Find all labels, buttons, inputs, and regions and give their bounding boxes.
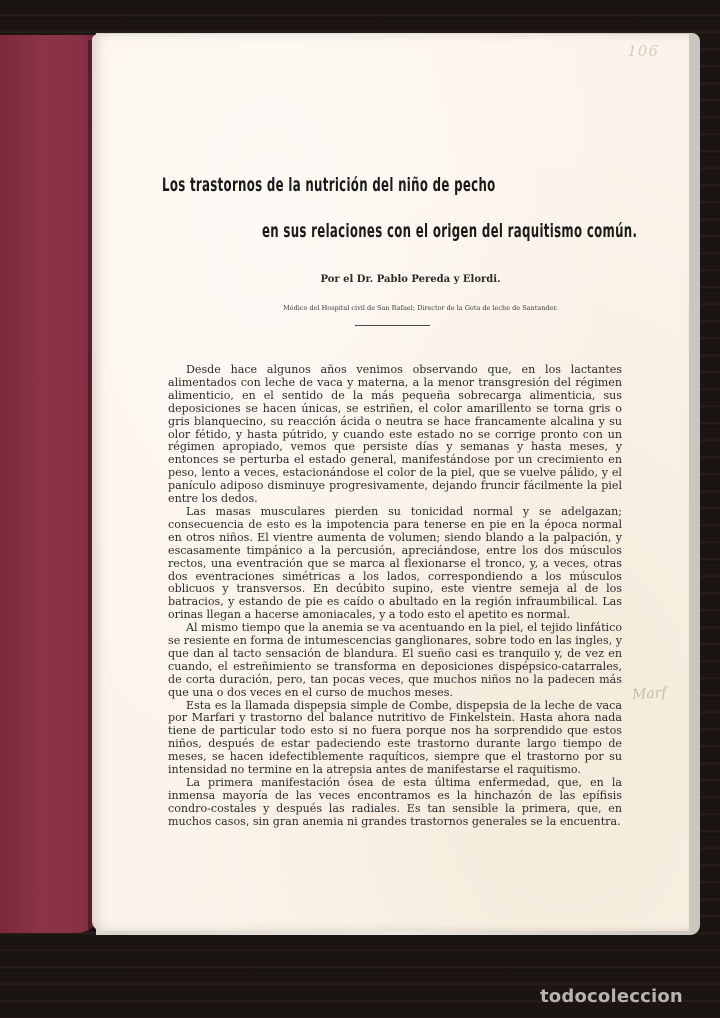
article-body: Desde hace algunos años venimos observan… — [168, 364, 622, 829]
document-page: 106 Los trastornos de la nutrición del n… — [92, 34, 689, 931]
section-divider — [355, 325, 430, 326]
pencil-page-number: 106 — [627, 42, 659, 60]
watermark-logo: todocoleccion — [540, 986, 683, 1007]
paragraph: Al mismo tiempo que la anemia se va acen… — [168, 622, 622, 699]
paragraph: Las masas musculares pierden su tonicida… — [168, 506, 622, 622]
author-byline: Por el Dr. Pablo Pereda y Elordi. — [92, 274, 689, 285]
article-title-line-1: Los trastornos de la nutrición del niño … — [162, 174, 496, 196]
pencil-margin-note: Marf — [631, 685, 667, 703]
paragraph: Esta es la llamada dispepsia simple de C… — [168, 700, 622, 777]
author-affiliation: Médico del Hospital civil de San Rafael;… — [92, 304, 689, 312]
article-title-line-2: en sus relaciones con el origen del raqu… — [262, 220, 637, 242]
paragraph: La primera manifestación ósea de esta úl… — [168, 777, 622, 829]
paragraph: Desde hace algunos años venimos observan… — [168, 364, 622, 506]
